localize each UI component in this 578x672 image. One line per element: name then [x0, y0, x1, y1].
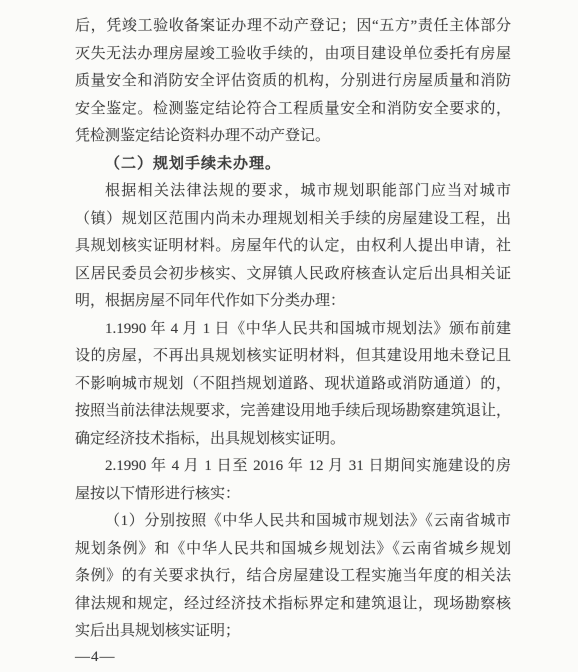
text-line: 质量安全和消防安全评估资质的机构，分别进行房屋质量和消防 [75, 68, 511, 96]
text-line: 后，凭竣工验收备案证办理不动产登记；因“五方”责任主体部分 [75, 13, 511, 41]
text-line: 设的房屋，不再出具规划核实证明材料，但其建设用地未登记且 [75, 343, 511, 371]
text-line: 律法规和规定，经过经济技术指标界定和建筑退让，现场勘察核 [75, 591, 511, 619]
page-number: —4— [75, 649, 116, 666]
text-line: 具规划核实证明材料。房屋年代的认定，由权利人提出申请，社 [75, 233, 511, 261]
text-line: 1.1990 年 4 月 1 日《中华人民共和国城市规划法》颁布前建 [75, 316, 511, 344]
text-line: 明，根据房屋不同年代作如下分类办理： [75, 288, 511, 316]
text-line: 灭失无法办理房屋竣工验收手续的，由项目建设单位委托有房屋 [75, 41, 511, 69]
text-line: （镇）规划区范围内尚未办理规划相关手续的房屋建设工程，出 [75, 206, 511, 234]
section-heading: （二）规划手续未办理。 [75, 151, 511, 179]
text-line: 安全鉴定。检测鉴定结论符合工程质量安全和消防安全要求的， [75, 96, 511, 124]
text-line: 确定经济技术指标，出具规划核实证明。 [75, 426, 511, 454]
text-lines: 后，凭竣工验收备案证办理不动产登记；因“五方”责任主体部分灭失无法办理房屋竣工验… [75, 13, 511, 646]
text-line: （1）分别按照《中华人民共和国城市规划法》《云南省城市 [75, 508, 511, 536]
text-line: 规划条例》和《中华人民共和国城乡规划法》《云南省城乡规划 [75, 536, 511, 564]
text-line: 根据相关法律法规的要求，城市规划职能部门应当对城市 [75, 178, 511, 206]
text-line: 区居民委员会初步核实、文屏镇人民政府核查认定后出具相关证 [75, 261, 511, 289]
text-line: 屋按以下情形进行核实： [75, 481, 511, 509]
text-line: 按照当前法律法规要求，完善建设用地手续后现场勘察建筑退让， [75, 398, 511, 426]
document-page: 后，凭竣工验收备案证办理不动产登记；因“五方”责任主体部分灭失无法办理房屋竣工验… [0, 0, 578, 672]
text-line: 实后出具规划核实证明； [75, 618, 511, 646]
text-line: 凭检测鉴定结论资料办理不动产登记。 [75, 123, 511, 151]
text-line: 条例》的有关要求执行，结合房屋建设工程实施当年度的相关法 [75, 563, 511, 591]
text-line: 不影响城市规划（不阻挡规划道路、现状道路或消防通道）的， [75, 371, 511, 399]
text-line: 2.1990 年 4 月 1 日至 2016 年 12 月 31 日期间实施建设… [75, 453, 511, 481]
